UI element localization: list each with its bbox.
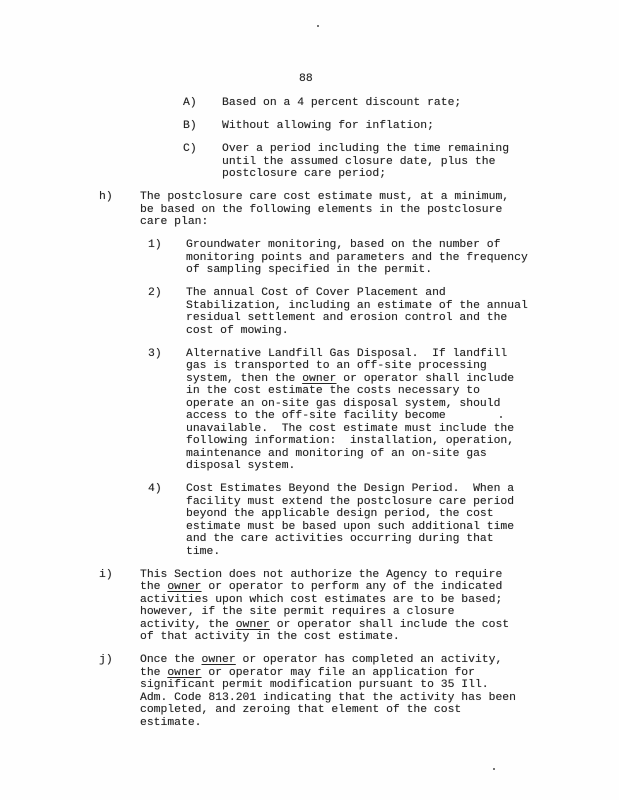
- item-label: j): [99, 654, 113, 667]
- text-line: until the assumed closure date, plus the: [222, 156, 619, 169]
- text-line: the owner or operator may file an applic…: [140, 667, 619, 680]
- text-line: cost of mowing.: [186, 325, 619, 338]
- text-line: Cost Estimates Beyond the Design Period.…: [186, 483, 619, 496]
- text-line: Alternative Landfill Gas Disposal. If la…: [186, 348, 619, 361]
- text-line: residual settlement and erosion control …: [186, 312, 619, 325]
- item-text: Based on a 4 percent discount rate;: [222, 97, 619, 110]
- text-line: significant permit modification pursuant…: [140, 679, 619, 692]
- text-line: monitoring points and parameters and the…: [186, 252, 619, 265]
- text-line: and the care activities occurring during…: [186, 533, 619, 546]
- list-item-a: A)Based on a 4 percent discount rate;: [0, 97, 619, 110]
- text-line: This Section does not authorize the Agen…: [140, 569, 619, 582]
- underlined-word: owner: [167, 581, 201, 593]
- text-line: Without allowing for inflation;: [222, 120, 619, 133]
- text-line: be based on the following elements in th…: [140, 204, 619, 217]
- underlined-word: owner: [167, 667, 201, 679]
- text-line: following information: installation, ope…: [186, 435, 619, 448]
- scan-artifact-dot: [493, 768, 495, 770]
- item-text: Groundwater monitoring, based on the num…: [186, 239, 619, 277]
- item-text: Cost Estimates Beyond the Design Period.…: [186, 483, 619, 558]
- text-line: access to the off-site facility become: [186, 410, 619, 423]
- list-item-c: C)Over a period including the time remai…: [0, 143, 619, 181]
- list-item-i: i)This Section does not authorize the Ag…: [0, 569, 619, 644]
- scan-artifact-dot: [317, 25, 319, 27]
- text-line: disposal system.: [186, 460, 619, 473]
- text-line: unavailable. The cost estimate must incl…: [186, 423, 619, 436]
- item-label: B): [183, 120, 197, 133]
- item-label: 3): [148, 348, 162, 361]
- text-line: estimate.: [140, 717, 619, 730]
- item-label: i): [99, 569, 113, 582]
- item-text: This Section does not authorize the Agen…: [140, 569, 619, 644]
- list-item-b: B)Without allowing for inflation;: [0, 120, 619, 133]
- item-label: 4): [148, 483, 162, 496]
- list-item-j: j)Once the owner or operator has complet…: [0, 654, 619, 729]
- item-text: Alternative Landfill Gas Disposal. If la…: [186, 348, 619, 473]
- list-item-2: 2)The annual Cost of Cover Placement and…: [0, 287, 619, 337]
- text-line: activity, the owner or operator shall in…: [140, 619, 619, 632]
- underlined-word: owner: [302, 373, 336, 385]
- list-item-h: h)The postclosure care cost estimate mus…: [0, 191, 619, 229]
- text-line: Once the owner or operator has completed…: [140, 654, 619, 667]
- text-line: Over a period including the time remaini…: [222, 143, 619, 156]
- item-label: h): [99, 191, 113, 204]
- text-line: estimate must be based upon such additio…: [186, 521, 619, 534]
- list-item-1: 1)Groundwater monitoring, based on the n…: [0, 239, 619, 277]
- text-line: gas is transported to an off-site proces…: [186, 360, 619, 373]
- text-line: of sampling specified in the permit.: [186, 264, 619, 277]
- text-line: facility must extend the postclosure car…: [186, 496, 619, 509]
- text-line: operate an on-site gas disposal system, …: [186, 398, 619, 411]
- item-text: Over a period including the time remaini…: [222, 143, 619, 181]
- item-text: Once the owner or operator has completed…: [140, 654, 619, 729]
- page-number: 88: [299, 73, 313, 86]
- text-line: the owner or operator to perform any of …: [140, 581, 619, 594]
- item-label: 1): [148, 239, 162, 252]
- underlined-word: owner: [202, 654, 236, 666]
- list-item-4: 4)Cost Estimates Beyond the Design Perio…: [0, 483, 619, 558]
- scanned-document-page: 88 A)Based on a 4 percent discount rate;…: [0, 0, 619, 800]
- text-line: Stabilization, including an estimate of …: [186, 300, 619, 313]
- text-line: beyond the applicable design period, the…: [186, 508, 619, 521]
- text-line: time.: [186, 546, 619, 559]
- text-line: in the cost estimate the costs necessary…: [186, 385, 619, 398]
- text-line: however, if the site permit requires a c…: [140, 606, 619, 619]
- item-text: Without allowing for inflation;: [222, 120, 619, 133]
- item-label: 2): [148, 287, 162, 300]
- text-line: of that activity in the cost estimate.: [140, 631, 619, 644]
- text-line: Adm. Code 813.201 indicating that the ac…: [140, 692, 619, 705]
- item-text: The annual Cost of Cover Placement andSt…: [186, 287, 619, 337]
- text-line: postclosure care period;: [222, 168, 619, 181]
- text-line: system, then the owner or operator shall…: [186, 373, 619, 386]
- text-line: The postclosure care cost estimate must,…: [140, 191, 619, 204]
- item-label: A): [183, 97, 197, 110]
- list-item-3: 3)Alternative Landfill Gas Disposal. If …: [0, 348, 619, 473]
- scan-artifact-dot: [500, 416, 502, 418]
- underlined-word: owner: [236, 619, 270, 631]
- item-text: The postclosure care cost estimate must,…: [140, 191, 619, 229]
- text-line: The annual Cost of Cover Placement and: [186, 287, 619, 300]
- text-line: maintenance and monitoring of an on-site…: [186, 448, 619, 461]
- text-line: care plan:: [140, 216, 619, 229]
- item-label: C): [183, 143, 197, 156]
- text-line: activities upon which cost estimates are…: [140, 594, 619, 607]
- text-line: Based on a 4 percent discount rate;: [222, 97, 619, 110]
- text-line: completed, and zeroing that element of t…: [140, 704, 619, 717]
- document-body: A)Based on a 4 percent discount rate;B)W…: [0, 97, 619, 740]
- text-line: Groundwater monitoring, based on the num…: [186, 239, 619, 252]
